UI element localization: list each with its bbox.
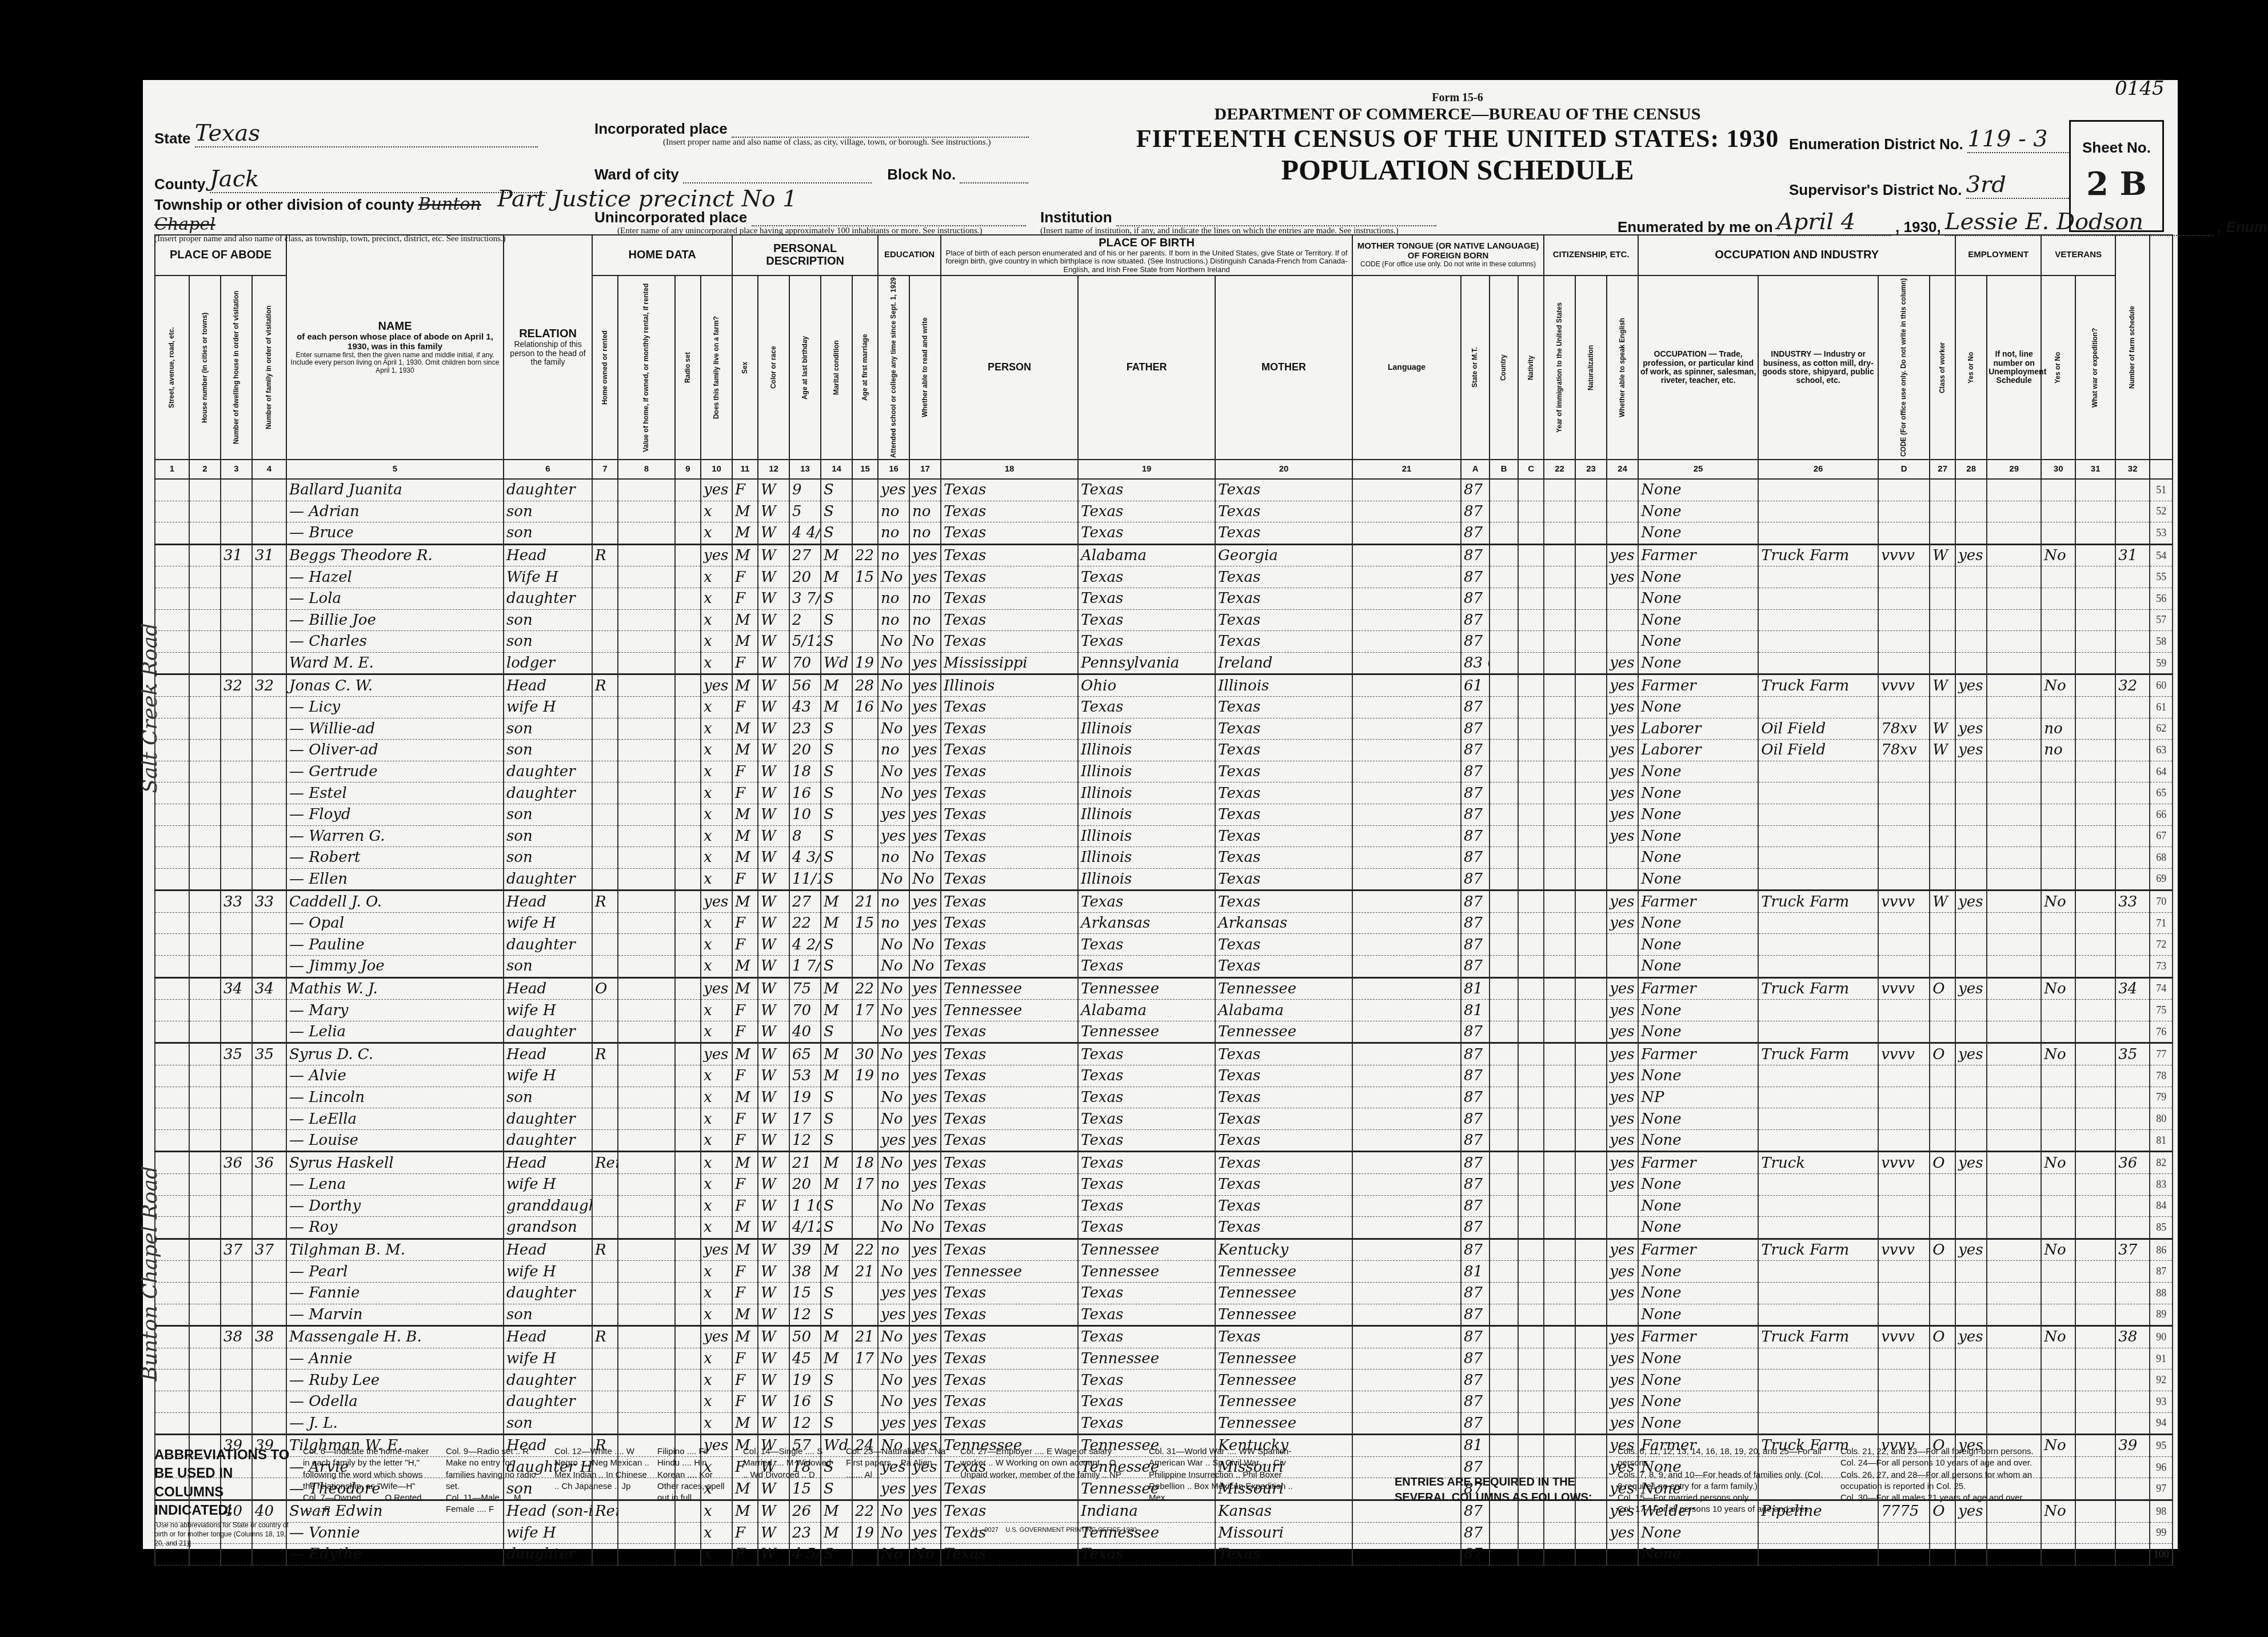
cell-bp: Illinois	[941, 674, 1078, 697]
cell-bpm: Texas	[1215, 1043, 1352, 1065]
cell-A: 87	[1461, 609, 1490, 631]
cell-house	[189, 977, 221, 1000]
cell-sch: no	[878, 740, 909, 761]
cell-own	[592, 804, 618, 825]
cell-fam	[252, 761, 286, 782]
cell-bp: Texas	[941, 522, 1078, 545]
table-row: 3838Massengale H. B.HeadRyesMW50M21Noyes…	[155, 1326, 2173, 1348]
table-row: — OdelladaughterxFW16SNoyesTexasTexasTen…	[155, 1391, 2173, 1412]
cell-eng: yes	[1607, 1065, 1638, 1087]
cell-occ: None	[1638, 912, 1758, 934]
cell-occ: None	[1638, 566, 1758, 588]
cell-imm	[1544, 631, 1575, 653]
cell-A: 87	[1461, 544, 1490, 566]
cell-ocode	[1878, 1174, 1930, 1196]
col-number-17: 17	[909, 460, 941, 479]
cell-C	[1518, 956, 1544, 978]
cell-nat	[1575, 1043, 1607, 1065]
cell-sch: No	[878, 1021, 909, 1043]
cell-lang	[1352, 1065, 1461, 1087]
cell-work	[1955, 1087, 1987, 1108]
col-label-7: Home owned or rented	[592, 276, 618, 460]
cell-age: 12	[789, 1412, 821, 1435]
cell-mar: M	[821, 566, 852, 588]
cell-cls	[1930, 652, 1955, 674]
cell-ind	[1758, 609, 1878, 631]
cell-cls	[1930, 1108, 1955, 1130]
cell-nat	[1575, 804, 1607, 825]
cell-val	[618, 1282, 675, 1304]
cell-rw: yes	[909, 479, 941, 501]
cell-street	[155, 1391, 189, 1412]
cell-dw	[221, 1282, 252, 1304]
cell-bpm: Texas	[1215, 1129, 1352, 1152]
cell-bpf: Tennessee	[1078, 977, 1215, 1000]
cell-age: 10	[789, 804, 821, 825]
cell-occ: None	[1638, 479, 1758, 501]
cell-sch: No	[878, 566, 909, 588]
cell-sex: F	[732, 1000, 758, 1021]
cell-B	[1490, 1152, 1518, 1174]
cell-A: 81	[1461, 1261, 1490, 1283]
cell-mar: S	[821, 588, 852, 609]
table-row: — HazelWife HxFW20M15NoyesTexasTexasTexa…	[155, 566, 2173, 588]
cell-mar: S	[821, 609, 852, 631]
cell-line: 79	[2150, 1087, 2173, 1108]
cell-B	[1490, 609, 1518, 631]
cell-fam	[252, 522, 286, 545]
cell-rel: Head	[504, 1326, 592, 1348]
cell-age: 12	[789, 1304, 821, 1326]
cell-age: 17	[789, 1108, 821, 1130]
cell-house	[189, 1304, 221, 1326]
cell-imm	[1544, 1065, 1575, 1087]
cell-lang	[1352, 847, 1461, 869]
cell-occ: None	[1638, 1021, 1758, 1043]
cell-street	[155, 674, 189, 697]
cell-race: W	[758, 740, 789, 761]
cell-B	[1490, 825, 1518, 847]
cell-A: 87	[1461, 566, 1490, 588]
cell-imm	[1544, 782, 1575, 804]
cell-fm: 17	[852, 1000, 878, 1021]
cell-unemp	[1987, 782, 2041, 804]
cell-ind: Oil Field	[1758, 740, 1878, 761]
cell-val	[618, 1000, 675, 1021]
cell-mar: M	[821, 912, 852, 934]
cell-ocode	[1878, 1282, 1930, 1304]
table-row: — RobertsonxMW4 3/12SnoNoTexasIllinoisTe…	[155, 847, 2173, 869]
cell-nat	[1575, 1217, 1607, 1239]
cell-bp: Texas	[941, 934, 1078, 956]
cell-war	[2075, 652, 2115, 674]
cell-work: yes	[1955, 1326, 1987, 1348]
cell-occ: Farmer	[1638, 1239, 1758, 1261]
col-label-27: Class of worker	[1930, 276, 1955, 460]
col-number-A: A	[1461, 460, 1490, 479]
cell-radio	[675, 1087, 701, 1108]
table-row: — LoladaughterxFW3 7/12SnonoTexasTexasTe…	[155, 588, 2173, 609]
cell-house	[189, 740, 221, 761]
cell-mar: M	[821, 891, 852, 913]
cell-bpf: Texas	[1078, 588, 1215, 609]
cell-imm	[1544, 1282, 1575, 1304]
cell-B	[1490, 1239, 1518, 1261]
cell-rel: son	[504, 718, 592, 740]
cell-bp: Texas	[941, 804, 1078, 825]
cell-fam	[252, 1217, 286, 1239]
cell-lang	[1352, 1391, 1461, 1412]
cell-farm: x	[701, 1282, 732, 1304]
cell-bp: Texas	[941, 588, 1078, 609]
cell-race: W	[758, 1239, 789, 1261]
table-row: Ballard JuanitadaughteryesFW9SyesyesTexa…	[155, 479, 2173, 501]
cell-bpf: Illinois	[1078, 761, 1215, 782]
cell-unemp	[1987, 1282, 2041, 1304]
cell-bpf: Illinois	[1078, 804, 1215, 825]
cell-age: 20	[789, 1174, 821, 1196]
cell-ind	[1758, 522, 1878, 545]
cell-own	[592, 956, 618, 978]
cell-fam: 35	[252, 1043, 286, 1065]
cell-nat	[1575, 718, 1607, 740]
col-label-C: Nativity	[1518, 276, 1544, 460]
cell-fam	[252, 1021, 286, 1043]
cell-occ: None	[1638, 1282, 1758, 1304]
cell-lang	[1352, 1000, 1461, 1021]
cell-farm: x	[701, 912, 732, 934]
cell-A: 87	[1461, 761, 1490, 782]
cell-street	[155, 1261, 189, 1283]
cell-fm: 21	[852, 1326, 878, 1348]
cell-rw: No	[909, 631, 941, 653]
cell-age: 43	[789, 696, 821, 718]
cell-own	[592, 1174, 618, 1196]
cell-fam	[252, 718, 286, 740]
cell-fam	[252, 1348, 286, 1370]
cell-ocode	[1878, 825, 1930, 847]
cell-val	[618, 696, 675, 718]
cell-line: 77	[2150, 1043, 2173, 1065]
cell-name: — Robert	[286, 847, 504, 869]
cell-imm	[1544, 1129, 1575, 1152]
cell-rel: lodger	[504, 652, 592, 674]
col-farm-schedule-header: Number of farm schedule	[2115, 235, 2150, 460]
cell-occ: None	[1638, 1195, 1758, 1217]
cell-house	[189, 1108, 221, 1130]
cell-farm: x	[701, 1304, 732, 1326]
page-stamp: 0145	[2115, 77, 2165, 100]
cell-race: W	[758, 609, 789, 631]
cell-race: W	[758, 501, 789, 522]
cell-name: — Lincoln	[286, 1087, 504, 1108]
cell-radio	[675, 479, 701, 501]
cell-vet: No	[2041, 1326, 2075, 1348]
cell-sex: F	[732, 761, 758, 782]
cell-unemp	[1987, 1000, 2041, 1021]
col-label-18: PERSON	[941, 276, 1078, 460]
cell-war	[2075, 956, 2115, 978]
cell-fs	[2115, 479, 2150, 501]
cell-B	[1490, 718, 1518, 740]
cell-dw	[221, 1174, 252, 1196]
entries-required-list-1: Cols. 6, 11, 12, 13, 14, 16, 18, 19, 20,…	[1618, 1446, 1823, 1516]
cell-age: 4/12	[789, 1217, 821, 1239]
cell-nat	[1575, 868, 1607, 891]
cell-farm: yes	[701, 1326, 732, 1348]
cell-age: 20	[789, 740, 821, 761]
cell-line: 74	[2150, 977, 2173, 1000]
cell-fm	[852, 479, 878, 501]
cell-sex: M	[732, 1043, 758, 1065]
table-row: — RoygrandsonxMW4/12SNoNoTexasTexasTexas…	[155, 1217, 2173, 1239]
cell-fs	[2115, 696, 2150, 718]
cell-occ: Farmer	[1638, 1326, 1758, 1348]
cell-race: W	[758, 891, 789, 913]
cell-bpf: Illinois	[1078, 868, 1215, 891]
cell-radio	[675, 1129, 701, 1152]
cell-line: 62	[2150, 718, 2173, 740]
cell-fs	[2115, 912, 2150, 934]
cell-bpm: Texas	[1215, 718, 1352, 740]
cell-lang	[1352, 1370, 1461, 1391]
cell-lang	[1352, 631, 1461, 653]
table-row: 3131Beggs Theodore R.HeadRyesMW27M22noye…	[155, 544, 2173, 566]
cell-A: 87	[1461, 868, 1490, 891]
cell-sch: no	[878, 847, 909, 869]
cell-street	[155, 1065, 189, 1087]
cell-war	[2075, 1195, 2115, 1217]
col-label-15: Age at first marriage	[852, 276, 878, 460]
cell-bp: Tennessee	[941, 1000, 1078, 1021]
cell-fm: 19	[852, 1065, 878, 1087]
cell-fm	[852, 1195, 878, 1217]
cell-eng: yes	[1607, 761, 1638, 782]
cell-ocode	[1878, 912, 1930, 934]
cell-rel: son	[504, 1412, 592, 1435]
cell-age: 20	[789, 566, 821, 588]
cell-dw	[221, 1065, 252, 1087]
cell-rel: daughter	[504, 1021, 592, 1043]
cell-fs	[2115, 740, 2150, 761]
cell-unemp	[1987, 804, 2041, 825]
cell-name: — Floyd	[286, 804, 504, 825]
cell-eng: yes	[1607, 652, 1638, 674]
cell-unemp	[1987, 674, 2041, 697]
cell-rel: son	[504, 522, 592, 545]
cell-rw: no	[909, 522, 941, 545]
cell-imm	[1544, 825, 1575, 847]
cell-B	[1490, 761, 1518, 782]
cell-rel: Head	[504, 544, 592, 566]
cell-bpm: Tennessee	[1215, 1282, 1352, 1304]
cell-fam	[252, 740, 286, 761]
cell-house	[189, 804, 221, 825]
cell-line: 56	[2150, 588, 2173, 609]
cell-sex: F	[732, 1282, 758, 1304]
cell-line: 87	[2150, 1261, 2173, 1283]
cell-rw: yes	[909, 1326, 941, 1348]
cell-farm: yes	[701, 1239, 732, 1261]
cell-own	[592, 718, 618, 740]
cell-radio	[675, 825, 701, 847]
cell-bpm: Texas	[1215, 1217, 1352, 1239]
cell-fm: 22	[852, 544, 878, 566]
cell-rel: daughter	[504, 761, 592, 782]
cell-radio	[675, 1412, 701, 1435]
cell-bp: Texas	[941, 782, 1078, 804]
cell-sch: No	[878, 977, 909, 1000]
cell-work	[1955, 1217, 1987, 1239]
cell-age: 70	[789, 1000, 821, 1021]
cell-radio	[675, 847, 701, 869]
cell-sch: No	[878, 1391, 909, 1412]
cell-street	[155, 609, 189, 631]
cell-line: 75	[2150, 1000, 2173, 1021]
cell-lang	[1352, 891, 1461, 913]
col-line-header	[2150, 235, 2173, 460]
cell-vet	[2041, 1174, 2075, 1196]
institution-field: Institution (Insert name of institution,…	[1040, 209, 1436, 236]
cell-age: 4 3/12	[789, 847, 821, 869]
cell-rel: daughter	[504, 1370, 592, 1391]
cell-unemp	[1987, 1544, 2041, 1566]
cell-B	[1490, 1544, 1518, 1566]
cell-C	[1518, 588, 1544, 609]
cell-rel: son	[504, 956, 592, 978]
cell-A: 87	[1461, 1412, 1490, 1435]
cell-sex: F	[732, 1108, 758, 1130]
cell-bpf: Texas	[1078, 1065, 1215, 1087]
cell-rel: wife H	[504, 1348, 592, 1370]
cell-sex: F	[732, 934, 758, 956]
cell-cls: O	[1930, 1152, 1955, 1174]
cell-bpm: Texas	[1215, 847, 1352, 869]
cell-fs	[2115, 956, 2150, 978]
cell-street	[155, 1000, 189, 1021]
cell-house	[189, 1217, 221, 1239]
cell-sch: No	[878, 674, 909, 697]
cell-name: — Alvie	[286, 1065, 504, 1087]
cell-radio	[675, 522, 701, 545]
cell-B	[1490, 1065, 1518, 1087]
cell-dw: 31	[221, 544, 252, 566]
cell-fam	[252, 1108, 286, 1130]
cell-race: W	[758, 804, 789, 825]
cell-farm: x	[701, 804, 732, 825]
cell-bp: Texas	[941, 1370, 1078, 1391]
cell-age: 4 2/12	[789, 934, 821, 956]
cell-C	[1518, 1261, 1544, 1283]
cell-work	[1955, 1370, 1987, 1391]
cell-bpm: Ireland	[1215, 652, 1352, 674]
cell-C	[1518, 1021, 1544, 1043]
cell-age: 3 7/12	[789, 588, 821, 609]
cell-mar: S	[821, 718, 852, 740]
state-value: Texas	[195, 120, 260, 146]
cell-lang	[1352, 479, 1461, 501]
cell-fm: 15	[852, 566, 878, 588]
cell-B	[1490, 934, 1518, 956]
cell-bpm: Illinois	[1215, 674, 1352, 697]
cell-name: — Oliver-ad	[286, 740, 504, 761]
cell-C	[1518, 934, 1544, 956]
cell-farm: x	[701, 825, 732, 847]
col-number-31: 31	[2075, 460, 2115, 479]
cell-cls	[1930, 804, 1955, 825]
cell-work: yes	[1955, 1043, 1987, 1065]
cell-imm	[1544, 912, 1575, 934]
cell-cls: O	[1930, 1326, 1955, 1348]
cell-rel: Head	[504, 674, 592, 697]
cell-ocode	[1878, 761, 1930, 782]
cell-eng: yes	[1607, 977, 1638, 1000]
cell-fs	[2115, 1174, 2150, 1196]
cell-mar: M	[821, 1000, 852, 1021]
cell-cls	[1930, 825, 1955, 847]
cell-A: 87	[1461, 1239, 1490, 1261]
cell-sex: F	[732, 1065, 758, 1087]
cell-race: W	[758, 1065, 789, 1087]
cell-cls	[1930, 1129, 1955, 1152]
cell-line: 76	[2150, 1021, 2173, 1043]
cell-work	[1955, 1282, 1987, 1304]
cell-imm	[1544, 501, 1575, 522]
cell-radio	[675, 1043, 701, 1065]
cell-sex: F	[732, 696, 758, 718]
cell-vet	[2041, 761, 2075, 782]
cell-house	[189, 1195, 221, 1217]
cell-ocode	[1878, 934, 1930, 956]
cell-bpf: Texas	[1078, 956, 1215, 978]
cell-rel: son	[504, 631, 592, 653]
cell-street	[155, 977, 189, 1000]
cell-cls: W	[1930, 891, 1955, 913]
cell-ocode	[1878, 588, 1930, 609]
cell-C	[1518, 1195, 1544, 1217]
cell-A: 87	[1461, 1326, 1490, 1348]
cell-name: — Charles	[286, 631, 504, 653]
cell-bpf: Texas	[1078, 522, 1215, 545]
cell-mar: S	[821, 782, 852, 804]
cell-bp: Texas	[941, 696, 1078, 718]
cell-eng: yes	[1607, 912, 1638, 934]
cell-work	[1955, 1108, 1987, 1130]
cell-sex: F	[732, 1370, 758, 1391]
cell-bp: Texas	[941, 847, 1078, 869]
cell-own	[592, 479, 618, 501]
cell-bpm: Tennessee	[1215, 1021, 1352, 1043]
cell-vet	[2041, 825, 2075, 847]
cell-nat	[1575, 1021, 1607, 1043]
cell-age: 4 4/12	[789, 522, 821, 545]
entries-required-list-2: Cols. 21, 22, and 23—For all foreign-bor…	[1840, 1446, 2058, 1504]
ward-field: Ward of city Block No.	[594, 166, 1028, 183]
cell-radio	[675, 696, 701, 718]
cell-unemp	[1987, 761, 2041, 782]
col-number-15: 15	[852, 460, 878, 479]
cell-val	[618, 1195, 675, 1217]
cell-fam	[252, 566, 286, 588]
cell-occ: None	[1638, 825, 1758, 847]
cell-mar: Wd	[821, 652, 852, 674]
cell-nat	[1575, 977, 1607, 1000]
cell-sch: yes	[878, 1129, 909, 1152]
cell-nat	[1575, 782, 1607, 804]
cell-eng: yes	[1607, 1021, 1638, 1043]
cell-mar: M	[821, 1326, 852, 1348]
cell-bpm: Texas	[1215, 609, 1352, 631]
